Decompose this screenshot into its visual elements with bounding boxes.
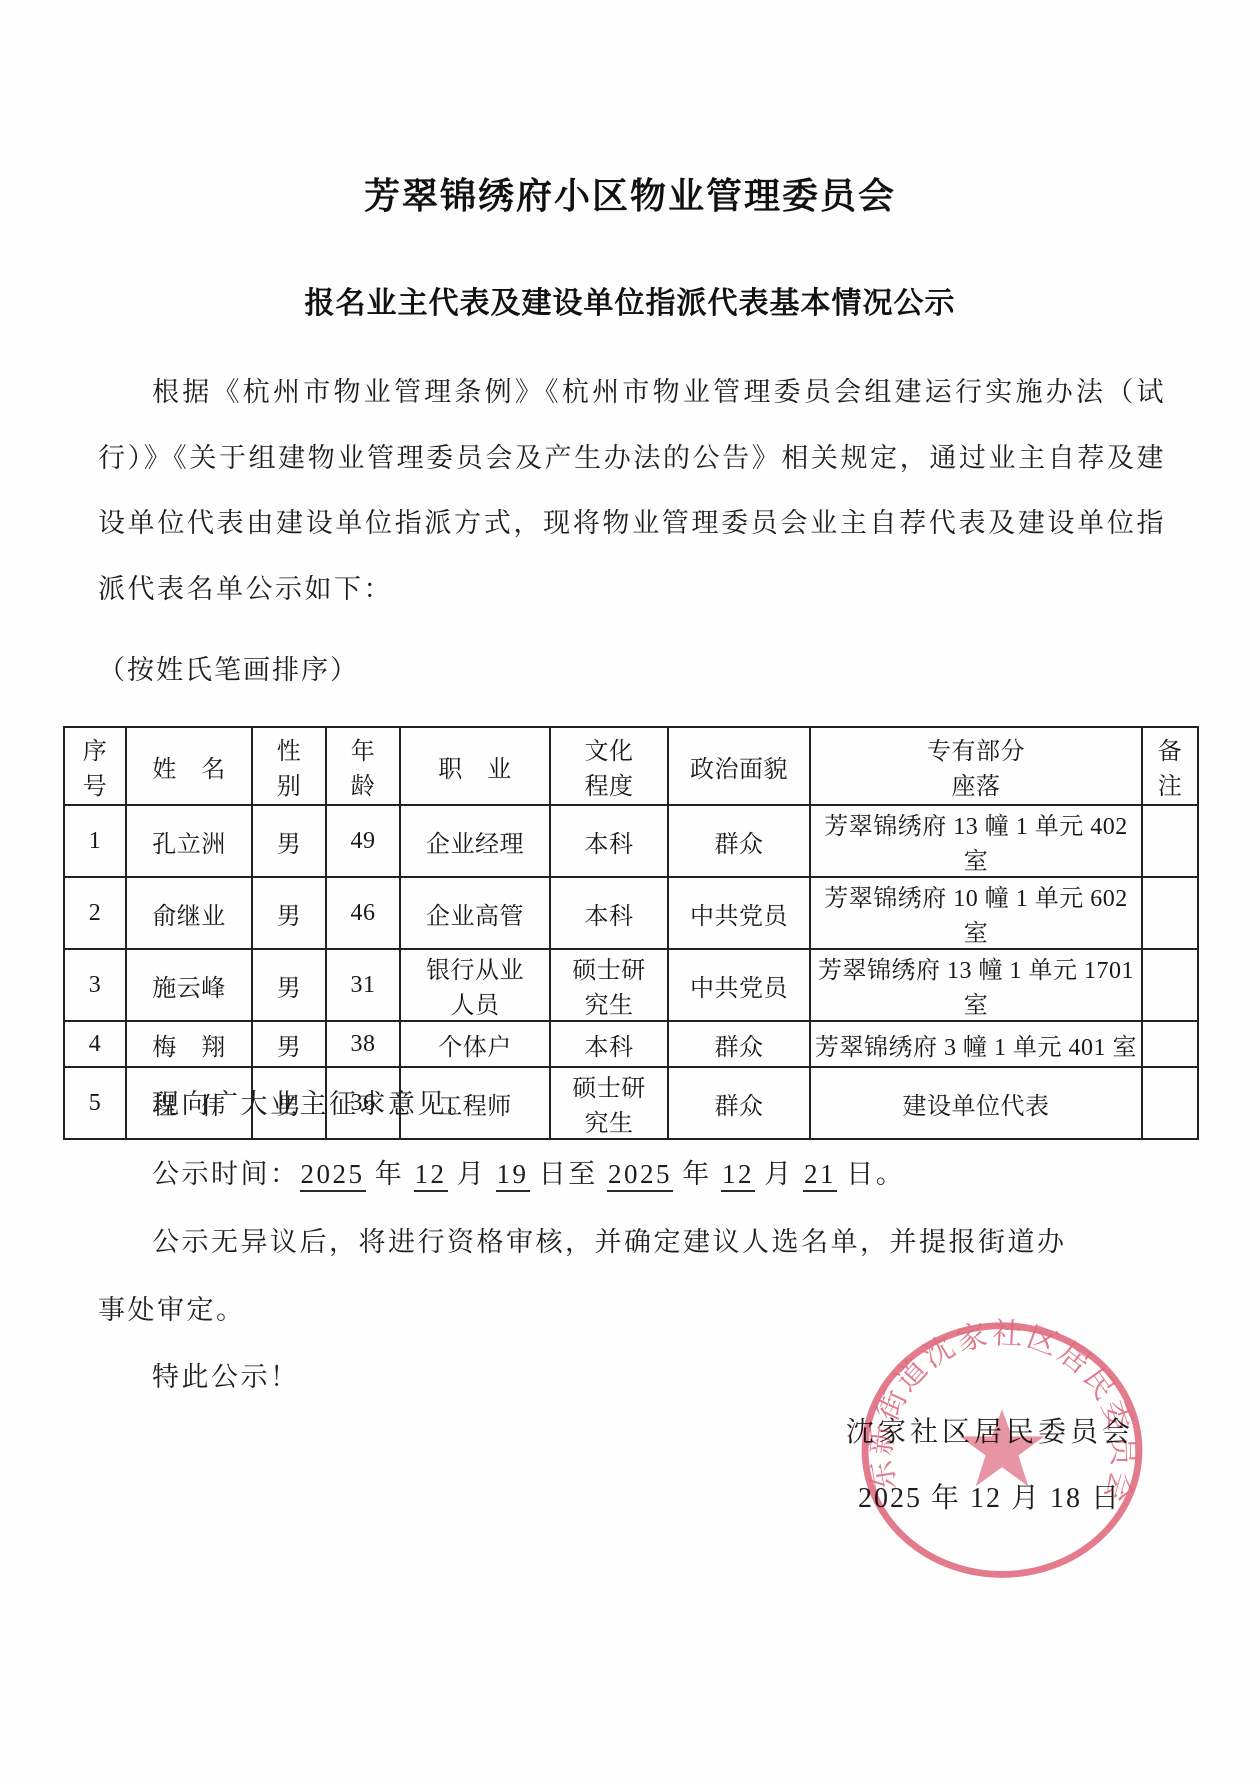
publicity-period-line: 公示时间：2025 年 12 月 19 日至 2025 年 12 月 21 日。 (98, 1152, 1166, 1191)
intro-paragraph: 根据《杭州市物业管理条例》《杭州市物业管理委员会组建运行实施办法（试行）》《关于… (98, 360, 1166, 622)
signature-date: 2025 年 12 月 18 日 (858, 1476, 1121, 1516)
document-page: 芳翠锦绣府小区物业管理委员会 报名业主代表及建设单位指派代表基本情况公示 根据《… (0, 0, 1260, 1782)
table-cell: 银行从业 人员 (400, 949, 550, 1021)
table-cell: 企业高管 (400, 877, 550, 949)
table-header-row: 序 号 姓 名 性 别 年 龄 职 业 文化 程度 政治面貌 专有部分 座落 备… (64, 727, 1198, 805)
header-seq: 序 号 (64, 727, 126, 805)
table-row: 3施云峰男31银行从业 人员硕士研 究生中共党员芳翠锦绣府 13 幢 1 单元 … (64, 949, 1198, 1021)
table-cell: 芳翠锦绣府 13 幢 1 单元 402 室 (810, 805, 1142, 877)
table-cell (1142, 877, 1198, 949)
header-name: 姓 名 (126, 727, 252, 805)
table-cell: 俞继业 (126, 877, 252, 949)
table-cell: 男 (252, 877, 326, 949)
table-cell: 芳翠锦绣府 3 幢 1 单元 401 室 (810, 1021, 1142, 1067)
publicity-date-text: 年 (673, 1159, 721, 1189)
sort-order-note: （按姓氏笔画排序） (98, 648, 359, 687)
table-cell: 男 (252, 805, 326, 877)
table-cell: 男 (252, 1021, 326, 1067)
table-cell (1142, 805, 1198, 877)
table-cell: 施云峰 (126, 949, 252, 1021)
header-education: 文化 程度 (550, 727, 668, 805)
table-cell: 2 (64, 877, 126, 949)
header-gender: 性 别 (252, 727, 326, 805)
table-cell: 4 (64, 1021, 126, 1067)
table-cell: 3 (64, 949, 126, 1021)
table-cell: 个体户 (400, 1021, 550, 1067)
table-cell: 49 (326, 805, 400, 877)
publicity-date-number: 21 (803, 1159, 837, 1192)
header-age: 年 龄 (326, 727, 400, 805)
table-cell: 群众 (668, 805, 810, 877)
header-property-location: 专有部分 座落 (810, 727, 1142, 805)
table-cell: 31 (326, 949, 400, 1021)
table-cell: 38 (326, 1021, 400, 1067)
header-political-status: 政治面貌 (668, 727, 810, 805)
table-cell: 本科 (550, 877, 668, 949)
representatives-table: 序 号 姓 名 性 别 年 龄 职 业 文化 程度 政治面貌 专有部分 座落 备… (63, 726, 1199, 1140)
publicity-date-number: 19 (496, 1159, 530, 1192)
table-cell: 群众 (668, 1021, 810, 1067)
table-cell: 硕士研 究生 (550, 949, 668, 1021)
publicity-date-text: 年 (366, 1159, 414, 1189)
table-cell: 中共党员 (668, 949, 810, 1021)
publicity-date-number: 12 (414, 1159, 448, 1192)
signature-organization: 沈家社区居民委员会 (846, 1410, 1134, 1450)
table-row: 1孔立洲男49企业经理本科群众芳翠锦绣府 13 幢 1 单元 402 室 (64, 805, 1198, 877)
table-cell: 46 (326, 877, 400, 949)
document-subtitle: 报名业主代表及建设单位指派代表基本情况公示 (0, 278, 1260, 322)
table-row: 4梅 翔男38个体户本科群众芳翠锦绣府 3 幢 1 单元 401 室 (64, 1021, 1198, 1067)
publicity-date-text: 月 (448, 1159, 496, 1189)
header-remarks: 备 注 (1142, 727, 1198, 805)
table-cell: 梅 翔 (126, 1021, 252, 1067)
publicity-date-text: 月 (755, 1159, 803, 1189)
table-header: 序 号 姓 名 性 别 年 龄 职 业 文化 程度 政治面貌 专有部分 座落 备… (64, 727, 1198, 805)
publicity-date-number: 2025 (607, 1159, 673, 1192)
table-cell: 企业经理 (400, 805, 550, 877)
publicity-label: 公示时间： (152, 1159, 300, 1189)
table-row: 2俞继业男46企业高管本科中共党员芳翠锦绣府 10 幢 1 单元 602 室 (64, 877, 1198, 949)
opinion-line: 现向广大业主征求意见。 (98, 1082, 1166, 1121)
table-cell: 本科 (550, 805, 668, 877)
publicity-segments: 2025 年 12 月 19 日至 2025 年 12 月 21 日。 (300, 1159, 906, 1192)
publicity-date-number: 2025 (300, 1159, 366, 1192)
table-cell: 1 (64, 805, 126, 877)
publicity-date-number: 12 (721, 1159, 755, 1192)
publicity-date-text: 日。 (837, 1159, 905, 1189)
final-announcement-line: 特此公示！ (98, 1355, 1166, 1394)
table-cell: 本科 (550, 1021, 668, 1067)
document-title: 芳翠锦绣府小区物业管理委员会 (0, 168, 1260, 219)
publicity-date-text: 日至 (530, 1159, 608, 1189)
table-cell: 中共党员 (668, 877, 810, 949)
table-cell (1142, 1021, 1198, 1067)
table-cell (1142, 949, 1198, 1021)
table-cell: 芳翠锦绣府 13 幢 1 单元 1701 室 (810, 949, 1142, 1021)
header-occupation: 职 业 (400, 727, 550, 805)
review-line-continued: 事处审定。 (98, 1288, 1166, 1327)
review-line: 公示无异议后，将进行资格审核，并确定建议人选名单，并提报街道办 (98, 1220, 1166, 1259)
table-cell: 芳翠锦绣府 10 幢 1 单元 602 室 (810, 877, 1142, 949)
table-cell: 男 (252, 949, 326, 1021)
table-cell: 孔立洲 (126, 805, 252, 877)
